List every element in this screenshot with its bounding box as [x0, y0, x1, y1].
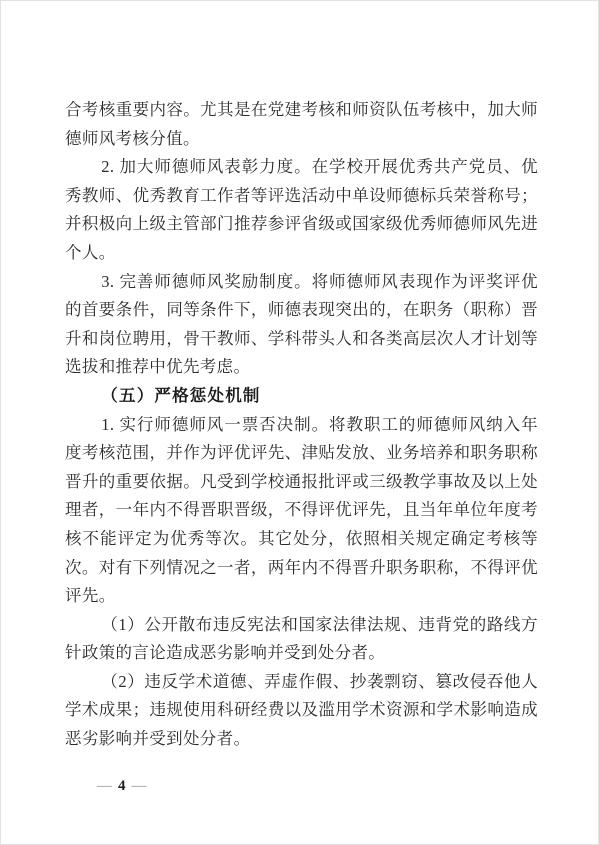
paragraph-continuation: 合考核重要内容。尤其是在党建考核和师资队伍考核中，加大师德师风考核分值。 [65, 96, 538, 153]
section-heading: （五）严格惩处机制 [65, 382, 538, 411]
page-number: 4 [118, 778, 126, 794]
paragraph-item-1: 1. 实行师德师风一票否决制。将教职工的师德师风纳入年度考核范围，并作为评优评先… [65, 411, 538, 611]
paragraph-item-3: 3. 完善师德师风奖励制度。将师德师风表现作为评奖评优的首要条件，同等条件下，师… [65, 268, 538, 382]
paragraph-subitem-1: （1）公开散布违反宪法和国家法律法规、违背党的路线方针政策的言论造成恶劣影响并受… [65, 611, 538, 668]
document-page: 合考核重要内容。尤其是在党建考核和师资队伍考核中，加大师德师风考核分值。 2. … [0, 0, 599, 845]
document-body: 合考核重要内容。尤其是在党建考核和师资队伍考核中，加大师德师风考核分值。 2. … [65, 96, 538, 754]
page-number-dash-right: — [132, 778, 147, 794]
page-number-dash-left: — [97, 778, 112, 794]
page-footer: —4— [97, 777, 147, 795]
paragraph-subitem-2: （2）违反学术道德、弄虚作假、抄袭剽窃、篡改侵吞他人学术成果；违规使用科研经费以… [65, 668, 538, 754]
paragraph-item-2: 2. 加大师德师风表彰力度。在学校开展优秀共产党员、优秀教师、优秀教育工作者等评… [65, 153, 538, 267]
